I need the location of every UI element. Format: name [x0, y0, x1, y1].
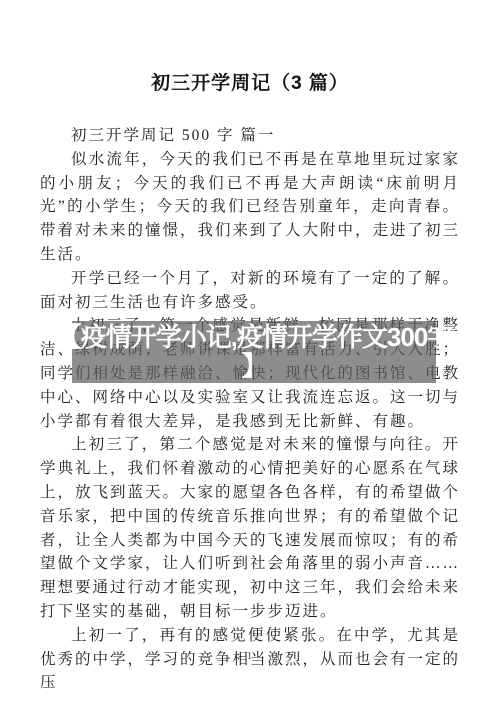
body-paragraph: 上初三了，第二个感觉是对未来的憧憬与向往。开学典礼上，我们怀着激动的心情把美好的…: [40, 433, 460, 623]
body-paragraph: 似水流年，今天的我们已不再是在草地里玩过家家的小朋友；今天的我们已不再是大声朗读…: [40, 148, 460, 267]
watermark-line-2: 】: [56, 352, 453, 381]
document-title: 初三开学周记（3 篇）: [0, 68, 500, 95]
body-paragraph: 开学已经一个月了，对新的环境有了一定的了解。面对初三生活也有许多感受。: [40, 267, 460, 315]
section-heading: 初三开学周记 500 字 篇一: [40, 124, 460, 148]
page-number: - 1 -: [0, 651, 500, 662]
document-body: 初三开学周记 500 字 篇一 似水流年，今天的我们已不再是在草地里玩过家家的小…: [40, 124, 460, 695]
watermark-text: 【疫情开学小记,疫情开学作文300字 】: [56, 323, 453, 381]
watermark-line-1: 【疫情开学小记,疫情开学作文300字: [56, 323, 453, 352]
watermark-overlay: 【疫情开学小记,疫情开学作文300字 】: [72, 321, 436, 383]
document-page: 初三开学周记（3 篇） 初三开学周记 500 字 篇一 似水流年，今天的我们已不…: [0, 0, 500, 706]
